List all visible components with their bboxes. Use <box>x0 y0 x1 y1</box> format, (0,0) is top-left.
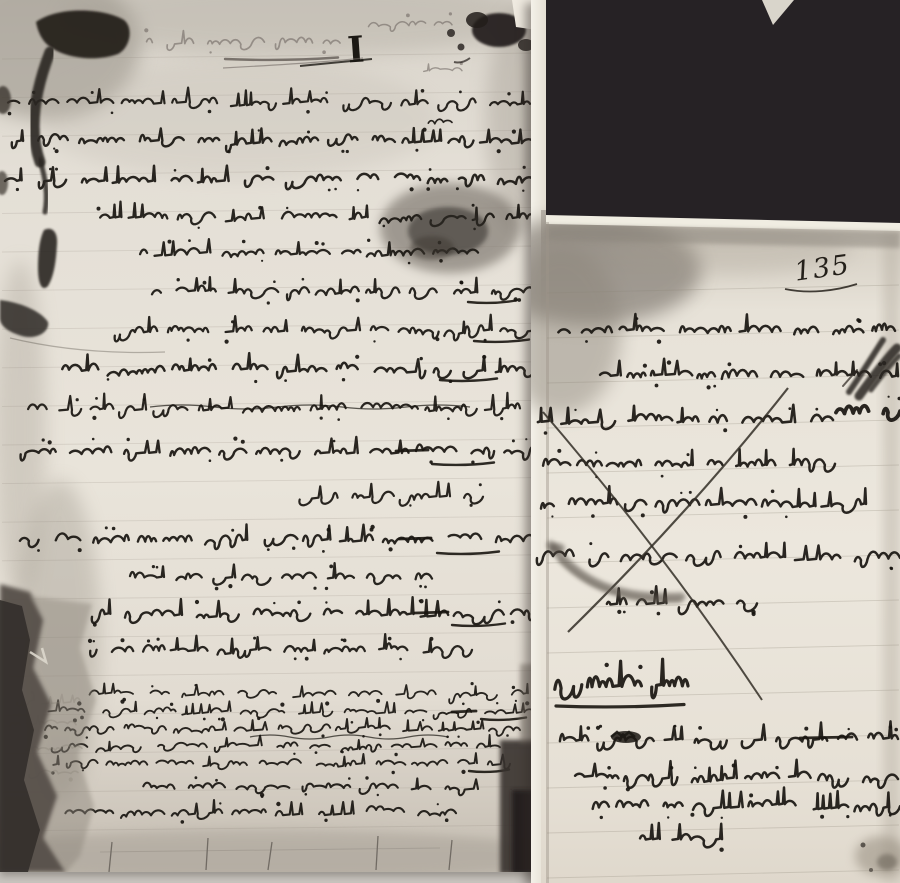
torn-edge <box>0 584 96 872</box>
left-manuscript-photo: I <box>0 0 545 872</box>
photo-montage-background: I <box>0 0 900 883</box>
right-page: 135 <box>531 0 900 883</box>
dash-mark <box>800 737 852 738</box>
right-manuscript-photo: 135 <box>531 0 900 883</box>
dash-mark <box>399 538 431 539</box>
scribble-blot <box>611 731 641 743</box>
black-backing <box>546 0 900 224</box>
dash-mark <box>452 711 476 712</box>
section-numeral: I <box>346 28 366 71</box>
left-page: I <box>0 0 545 872</box>
dash-mark <box>415 612 448 613</box>
dash-mark <box>396 450 428 451</box>
